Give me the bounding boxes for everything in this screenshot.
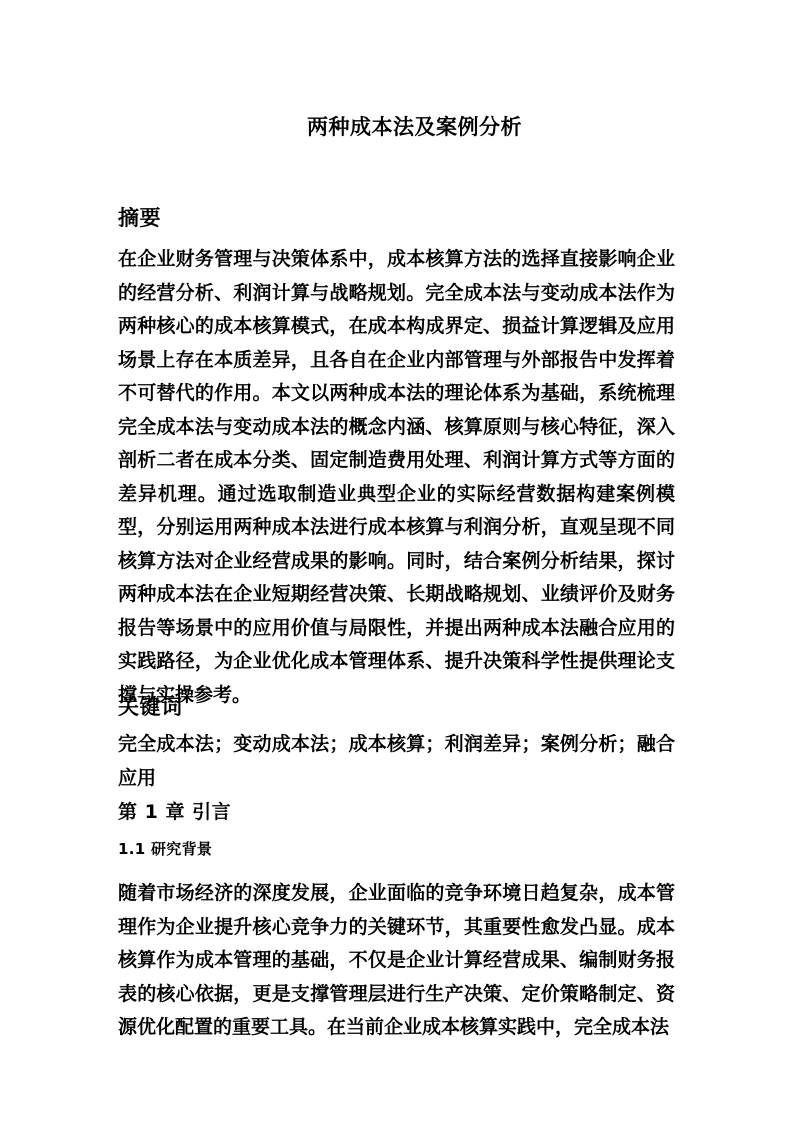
document-page: 两种成本法及案例分析 摘要 在企业财务管理与决策体系中，成本核算方法的选择直接影… (0, 0, 793, 1122)
keywords-paragraph: 完全成本法；变动成本法；成本核算；利润差异；案例分析；融合应用 (118, 728, 675, 795)
section-1-1-heading: 1.1 研究背景 (118, 840, 212, 858)
document-title: 两种成本法及案例分析 (118, 115, 675, 139)
keywords-heading: 关键词 (118, 695, 183, 719)
section-1-1-paragraph: 随着市场经济的深度发展，企业面临的竞争环境日趋复杂，成本管理作为企业提升核心竞争… (118, 877, 675, 1045)
chapter-1-heading: 第 1 章 引言 (118, 801, 231, 823)
abstract-heading: 摘要 (118, 206, 161, 230)
abstract-paragraph: 在企业财务管理与决策体系中，成本核算方法的选择直接影响企业的经营分析、利润计算与… (118, 243, 675, 712)
